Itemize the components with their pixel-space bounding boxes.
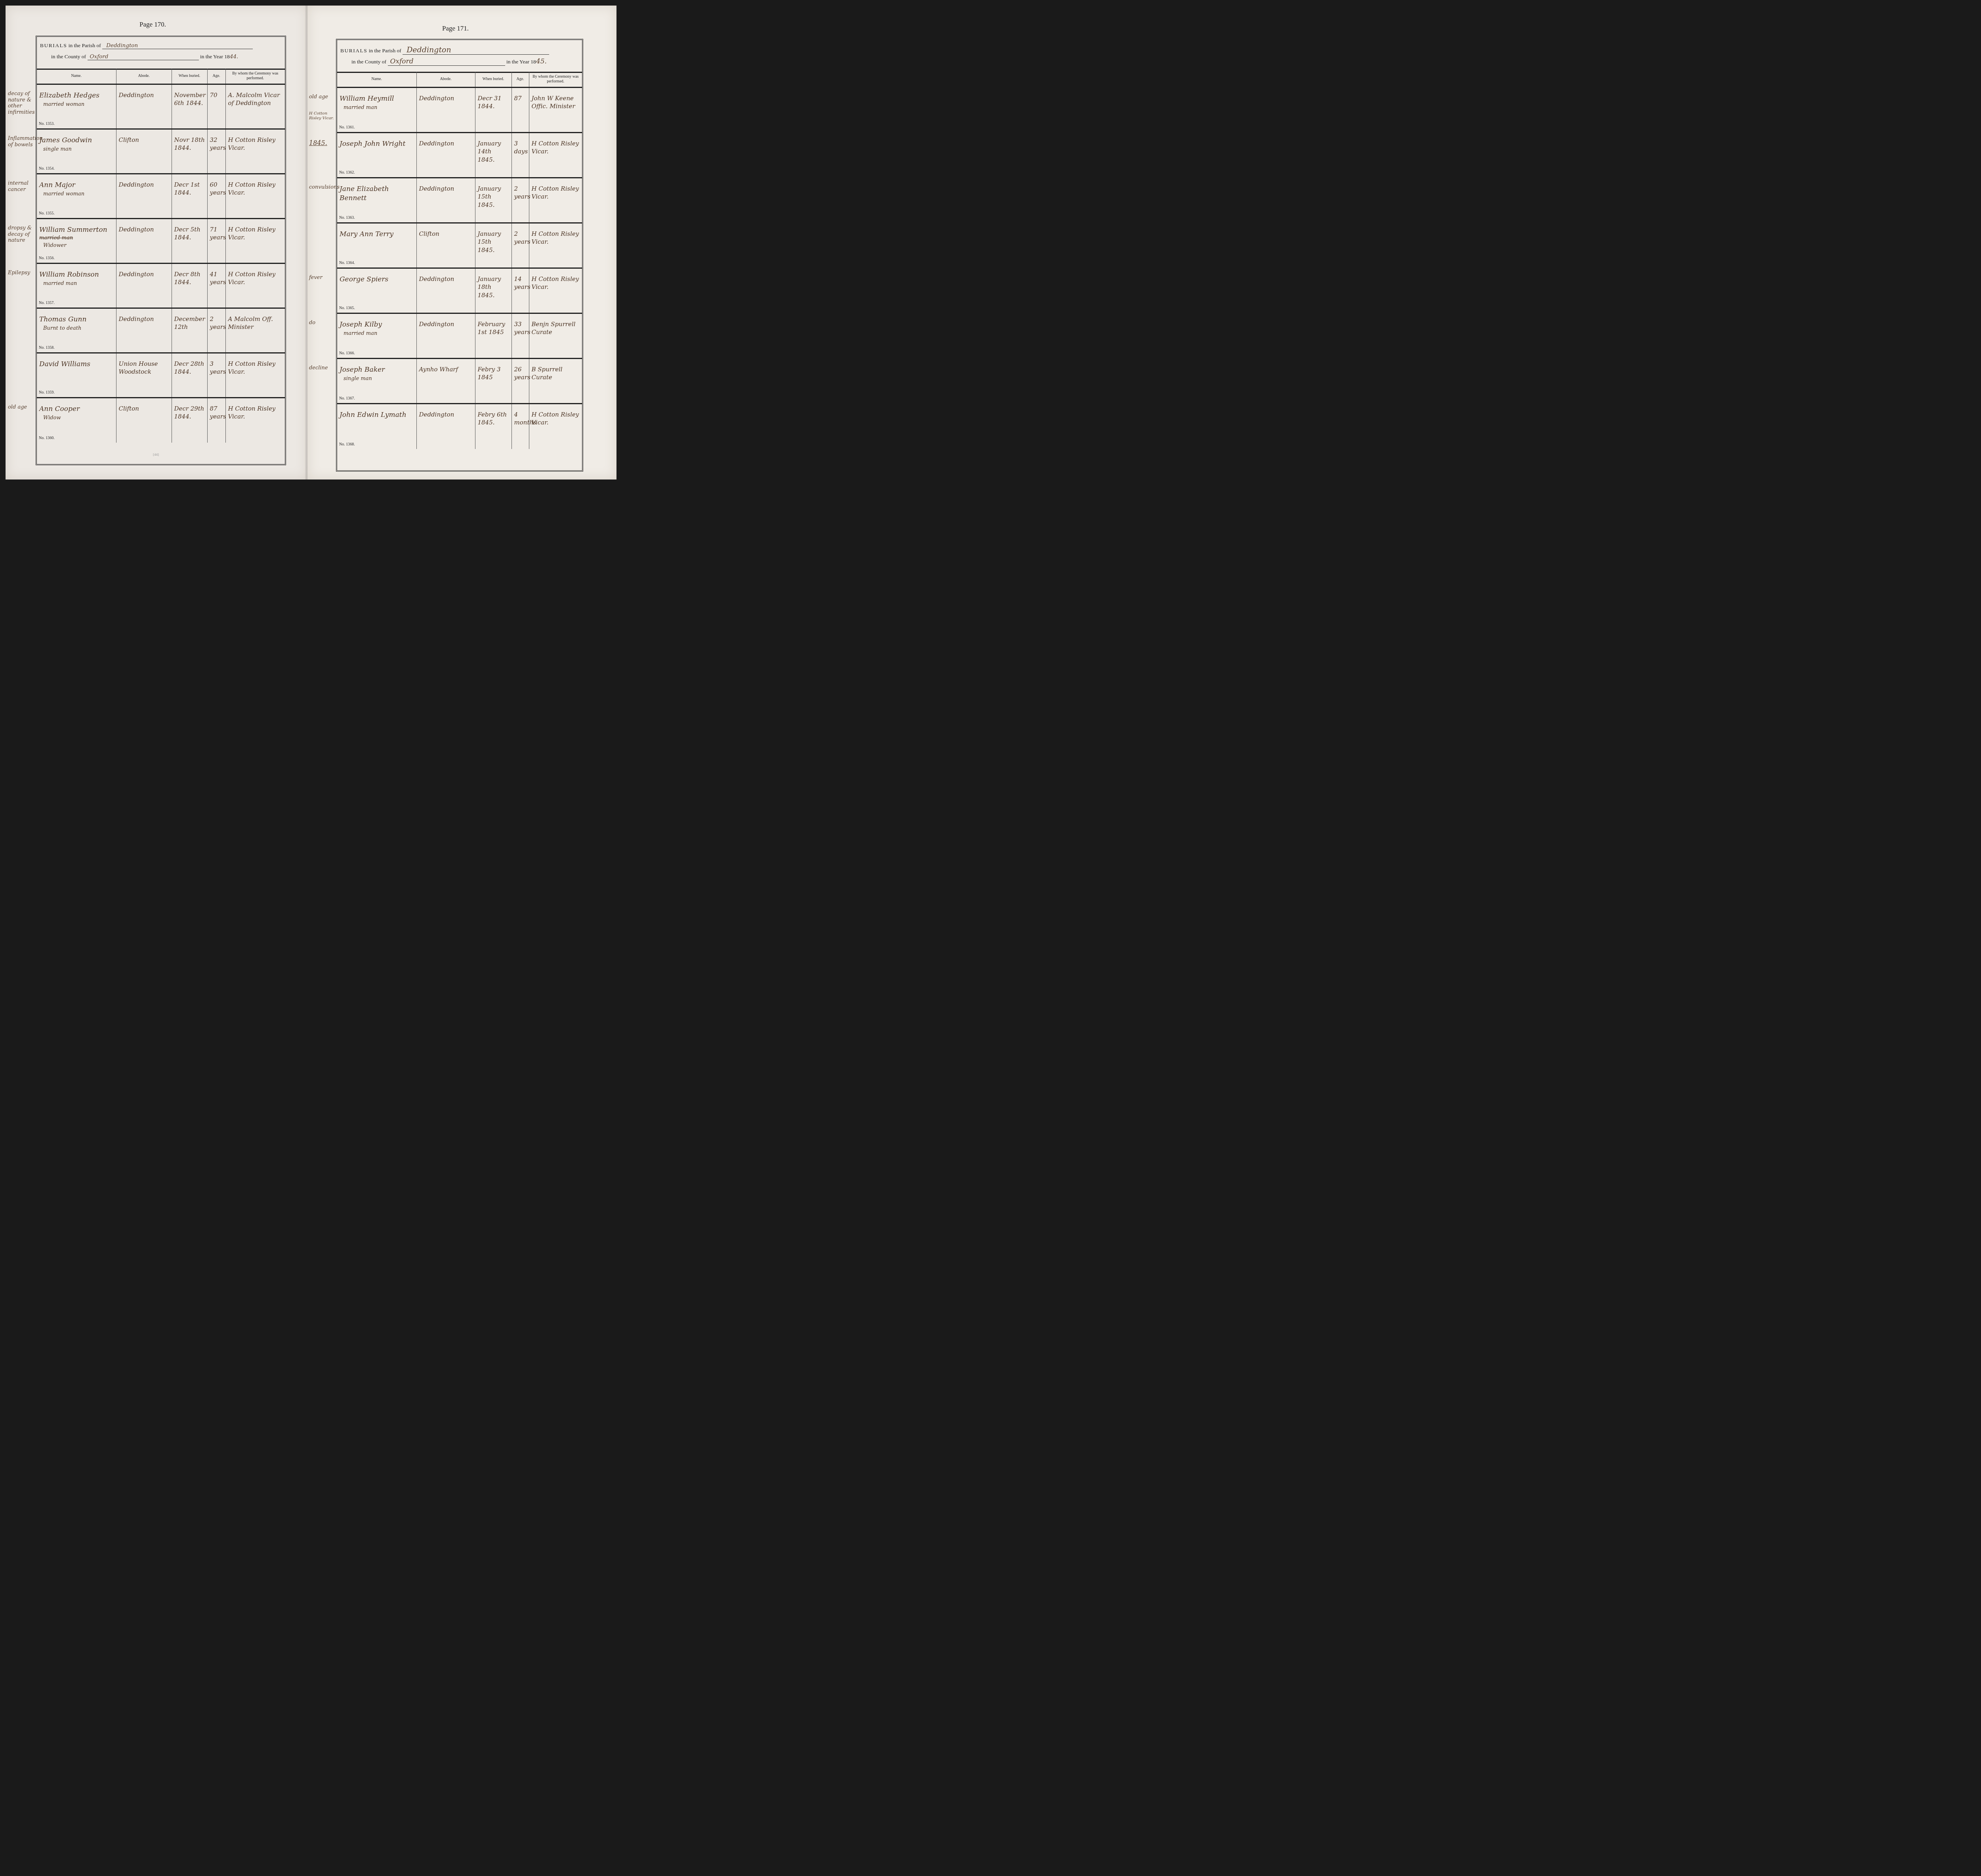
officiant-value: H Cotton Risley Vicar. — [226, 353, 285, 376]
officiant-value: H Cotton Risley Vicar. — [226, 264, 285, 287]
register-frame: BURIALS in the Parish of Deddington in t… — [36, 36, 286, 465]
age-cell: 41 years — [207, 264, 225, 308]
marital-status — [337, 284, 416, 285]
burial-date-value: January 14th 1845. — [475, 133, 511, 164]
deceased-name: John Edwin Lymath — [337, 404, 416, 420]
marital-status: married man — [37, 279, 116, 287]
age-value: 33 years — [512, 314, 529, 336]
marital-status: single man — [37, 145, 116, 153]
deceased-name: Ann Cooper — [37, 398, 116, 414]
marital-status — [337, 149, 416, 149]
burials-table: Name. Abode. When buried. Age. By whom t… — [37, 69, 285, 443]
abode-value: Deddington — [116, 174, 172, 189]
name-cell: Ann Majormarried womanNo. 1355. — [37, 174, 116, 219]
column-header-officiant: By whom the Ceremony was performed. — [529, 72, 582, 88]
year-value: 45. — [536, 57, 547, 65]
name-cell: Ann CooperWidowNo. 1360. — [37, 398, 116, 443]
burial-date-value: December 12th — [172, 309, 207, 331]
age-cell: 2 years — [207, 308, 225, 353]
abode-cell: Deddington — [416, 178, 475, 223]
abode-value: Deddington — [417, 88, 475, 102]
age-value: 41 years — [208, 264, 225, 287]
officiant-value: H Cotton Risley Vicar. — [226, 174, 285, 197]
entry-number: No. 1361. — [339, 125, 355, 130]
name-cell: Jane Elizabeth BennettNo. 1363. — [337, 178, 416, 223]
county-value: Oxford — [388, 57, 505, 66]
abode-cell: Clifton — [116, 398, 172, 443]
margin-note-cause: decline — [309, 365, 334, 371]
margin-note-cause: old age — [8, 404, 33, 411]
abode-cell: Deddington — [416, 404, 475, 449]
abode-value: Deddington — [417, 404, 475, 418]
age-cell: 26 years — [511, 359, 529, 404]
entry-number: No. 1367. — [339, 396, 355, 401]
entry-number: No. 1362. — [339, 170, 355, 175]
officiant-cell: A. Malcolm Vicar of Deddington — [225, 84, 285, 129]
officiant-cell: H Cotton Risley Vicar. — [529, 223, 582, 268]
marital-status: married man — [337, 103, 416, 111]
burials-table: Name. Abode. When buried. Age. By whom t… — [337, 72, 582, 449]
burial-date-value: Decr 5th 1844. — [172, 219, 207, 242]
burial-date-value: Decr 1st 1844. — [172, 174, 207, 197]
officiant-cell: A Malcolm Off. Minister — [225, 308, 285, 353]
table-header-row: Name. Abode. When buried. Age. By whom t… — [37, 69, 285, 84]
name-cell: Joseph Bakersingle manNo. 1367. — [337, 359, 416, 404]
abode-value: Clifton — [417, 224, 475, 238]
abode-cell: Deddington — [116, 84, 172, 129]
burials-heading: BURIALS — [40, 42, 67, 48]
abode-value: Deddington — [417, 133, 475, 147]
burial-date-value: Decr 31 1844. — [475, 88, 511, 111]
table-row: Ann CooperWidowNo. 1360.CliftonDecr 29th… — [37, 398, 285, 443]
abode-value: Deddington — [116, 309, 172, 323]
marital-status: Widow — [37, 414, 116, 422]
officiant-value: H Cotton Risley Vicar. — [529, 224, 582, 246]
age-value: 32 years — [208, 130, 225, 152]
entry-number: No. 1356. — [39, 256, 55, 260]
parish-line: BURIALS in the Parish of Deddington — [40, 42, 253, 49]
page-number: Page 170. — [139, 21, 166, 29]
footer-mark: [44] — [153, 453, 159, 457]
name-cell: William Heymillmarried manNo. 1361. — [337, 88, 416, 133]
margin-note-signature: H Cotton Risley Vicar. — [309, 111, 334, 121]
name-cell: George SpiersNo. 1365. — [337, 268, 416, 313]
abode-value: Clifton — [116, 398, 172, 413]
marital-status — [337, 239, 416, 240]
column-header-abode: Abode. — [116, 69, 172, 84]
margin-note-cause: dropsy & decay of nature — [8, 225, 33, 244]
burial-date-value: January 18th 1845. — [475, 269, 511, 299]
age-value: 3 days — [512, 133, 529, 156]
abode-value: Deddington — [116, 85, 172, 99]
age-value: 87 years — [208, 398, 225, 421]
marital-status: single man — [337, 374, 416, 382]
deceased-name: William Summerton — [37, 219, 116, 235]
column-header-officiant: By whom the Ceremony was performed. — [225, 69, 285, 84]
name-cell: Joseph John WrightNo. 1362. — [337, 133, 416, 178]
officiant-cell: H Cotton Risley Vicar. — [225, 264, 285, 308]
abode-cell: Deddington — [116, 264, 172, 308]
name-cell: James Goodwinsingle manNo. 1354. — [37, 129, 116, 174]
table-row: John Edwin LymathNo. 1368.DeddingtonFebr… — [337, 404, 582, 449]
deceased-name: Joseph Kilby — [337, 314, 416, 329]
officiant-value: Benjn Spurrell Curate — [529, 314, 582, 336]
deceased-name: Joseph John Wright — [337, 133, 416, 149]
officiant-value: A Malcolm Off. Minister — [226, 309, 285, 331]
table-row: Joseph John WrightNo. 1362.DeddingtonJan… — [337, 133, 582, 178]
marital-status: married woman — [37, 100, 116, 108]
burial-date-cell: January 15th 1845. — [475, 223, 511, 268]
deceased-name: Ann Major — [37, 174, 116, 190]
abode-value: Deddington — [116, 264, 172, 278]
county-line: in the County of Oxford in the Year 1844… — [51, 53, 238, 60]
deceased-name: David Williams — [37, 353, 116, 369]
burial-date-cell: Decr 31 1844. — [475, 88, 511, 133]
name-cell: David WilliamsNo. 1359. — [37, 353, 116, 398]
abode-value: Clifton — [116, 130, 172, 144]
table-row: Ann Majormarried womanNo. 1355.Deddingto… — [37, 174, 285, 219]
table-row: William Heymillmarried manNo. 1361.Deddi… — [337, 88, 582, 133]
burial-date-value: Febry 3 1845 — [475, 359, 511, 382]
burial-date-cell: December 12th — [172, 308, 207, 353]
age-value: 2 years — [512, 224, 529, 246]
deceased-name: Joseph Baker — [337, 359, 416, 374]
deceased-name: Mary Ann Terry — [337, 224, 416, 239]
marital-status — [37, 369, 116, 370]
margin-note-cause: old age — [309, 94, 334, 100]
table-row: William Robinsonmarried manNo. 1357.Dedd… — [37, 264, 285, 308]
burial-date-cell: January 14th 1845. — [475, 133, 511, 178]
table-row: Joseph Bakersingle manNo. 1367.Aynho Wha… — [337, 359, 582, 404]
burial-date-value: Decr 8th 1844. — [172, 264, 207, 287]
county-value: Oxford — [88, 53, 199, 60]
age-value: 87 — [512, 88, 529, 102]
entry-number: No. 1354. — [39, 166, 55, 171]
burial-date-value: January 15th 1845. — [475, 224, 511, 254]
abode-cell: Deddington — [416, 88, 475, 133]
burial-date-cell: Novr 18th 1844. — [172, 129, 207, 174]
margin-note-cause: Inflammation of bowels — [8, 136, 33, 148]
age-cell: 87 — [511, 88, 529, 133]
age-cell: 2 years — [511, 223, 529, 268]
age-cell: 4 months — [511, 404, 529, 449]
burial-date-value: Febry 6th 1845. — [475, 404, 511, 427]
burial-date-cell: Decr 8th 1844. — [172, 264, 207, 308]
struck-status: married man — [37, 235, 116, 242]
abode-cell: Clifton — [416, 223, 475, 268]
county-label: in the County of — [351, 59, 386, 65]
marital-status: Burnt to death — [37, 324, 116, 332]
officiant-cell: H Cotton Risley Vicar. — [225, 353, 285, 398]
name-cell: William Robinsonmarried manNo. 1357. — [37, 264, 116, 308]
officiant-cell: H Cotton Risley Vicar. — [225, 129, 285, 174]
entry-number: No. 1366. — [339, 351, 355, 355]
name-cell: Elizabeth Hedgesmarried womanNo. 1353. — [37, 84, 116, 129]
year-value: 44. — [230, 53, 238, 60]
abode-cell: Deddington — [116, 174, 172, 219]
parish-value: Deddington — [102, 42, 253, 49]
age-value: 70 — [208, 85, 225, 99]
burial-date-cell: Decr 29th 1844. — [172, 398, 207, 443]
table-row: Thomas GunnBurnt to deathNo. 1358.Deddin… — [37, 308, 285, 353]
burial-date-value: February 1st 1845 — [475, 314, 511, 336]
deceased-name: Elizabeth Hedges — [37, 85, 116, 100]
margin-note-cause: decay of nature & other infirmities — [8, 91, 33, 115]
name-cell: Thomas GunnBurnt to deathNo. 1358. — [37, 308, 116, 353]
entry-number: No. 1364. — [339, 261, 355, 265]
age-value: 2 years — [208, 309, 225, 331]
marital-status: married woman — [37, 190, 116, 198]
age-value: 4 months — [512, 404, 529, 427]
table-row: Elizabeth Hedgesmarried womanNo. 1353.De… — [37, 84, 285, 129]
age-value: 71 years — [208, 219, 225, 242]
name-cell: John Edwin LymathNo. 1368. — [337, 404, 416, 449]
year-label: in the Year 18 — [200, 53, 230, 59]
margin-note-cause: internal cancer — [8, 180, 33, 193]
deceased-name: William Heymill — [337, 88, 416, 103]
deceased-name: James Goodwin — [37, 130, 116, 145]
margin-note-cause: convulsions — [309, 184, 334, 191]
abode-value: Aynho Wharf — [417, 359, 475, 373]
register-header: BURIALS in the Parish of Deddington in t… — [37, 37, 285, 70]
deceased-name: William Robinson — [37, 264, 116, 279]
officiant-value: B Spurrell Curate — [529, 359, 582, 382]
register-header: BURIALS in the Parish of Deddington in t… — [337, 40, 582, 73]
table-row: William Summertonmarried manWidowerNo. 1… — [37, 219, 285, 264]
marital-status: married man — [337, 329, 416, 337]
margin-note-cause: do — [309, 320, 334, 326]
table-row: Joseph Kilbymarried manNo. 1366.Deddingt… — [337, 313, 582, 359]
burial-date-cell: January 15th 1845. — [475, 178, 511, 223]
officiant-value: H Cotton Risley Vicar. — [529, 178, 582, 201]
entry-number: No. 1355. — [39, 211, 55, 216]
burial-date-cell: Decr 1st 1844. — [172, 174, 207, 219]
burial-date-cell: February 1st 1845 — [475, 313, 511, 359]
entry-number: No. 1365. — [339, 306, 355, 310]
age-cell: 70 — [207, 84, 225, 129]
age-cell: 71 years — [207, 219, 225, 264]
marital-status: Widower — [37, 241, 116, 249]
abode-cell: Deddington — [416, 313, 475, 359]
burial-date-value: January 15th 1845. — [475, 178, 511, 209]
officiant-value: H Cotton Risley Vicar. — [226, 130, 285, 152]
parish-line: BURIALS in the Parish of Deddington — [340, 46, 549, 55]
burial-date-cell: Febry 6th 1845. — [475, 404, 511, 449]
age-cell: 60 years — [207, 174, 225, 219]
marital-status — [337, 420, 416, 420]
age-cell: 3 days — [511, 133, 529, 178]
abode-value: Union House Woodstock — [116, 353, 172, 376]
burial-date-value: Decr 29th 1844. — [172, 398, 207, 421]
entry-number: No. 1353. — [39, 122, 55, 126]
entry-number: No. 1357. — [39, 301, 55, 305]
officiant-cell: H Cotton Risley Vicar. — [529, 133, 582, 178]
officiant-value: H Cotton Risley Vicar. — [226, 398, 285, 421]
register-frame: BURIALS in the Parish of Deddington in t… — [336, 39, 583, 472]
abode-value: Deddington — [417, 314, 475, 328]
officiant-value: A. Malcolm Vicar of Deddington — [226, 85, 285, 107]
age-value: 2 years — [512, 178, 529, 201]
officiant-cell: Benjn Spurrell Curate — [529, 313, 582, 359]
table-row: David WilliamsNo. 1359.Union House Woods… — [37, 353, 285, 398]
column-header-age: Age. — [511, 72, 529, 88]
officiant-cell: B Spurrell Curate — [529, 359, 582, 404]
abode-value: Deddington — [417, 269, 475, 283]
name-cell: Joseph Kilbymarried manNo. 1366. — [337, 313, 416, 359]
burial-date-cell: Decr 5th 1844. — [172, 219, 207, 264]
margin-note-cause: Epilepsy — [8, 270, 33, 276]
parish-label: in the Parish of — [369, 48, 401, 53]
abode-cell: Union House Woodstock — [116, 353, 172, 398]
column-header-abode: Abode. — [416, 72, 475, 88]
age-cell: 3 years — [207, 353, 225, 398]
age-value: 60 years — [208, 174, 225, 197]
entry-number: No. 1359. — [39, 390, 55, 395]
burial-date-cell: Febry 3 1845 — [475, 359, 511, 404]
county-line: in the County of Oxford in the Year 1845… — [351, 57, 547, 66]
column-header-name: Name. — [37, 69, 116, 84]
margin-note-cause: 1845. — [309, 139, 334, 147]
abode-value: Deddington — [417, 178, 475, 193]
deceased-name: George Spiers — [337, 269, 416, 284]
officiant-value: H Cotton Risley Vicar. — [529, 269, 582, 291]
burial-date-value: Decr 28th 1844. — [172, 353, 207, 376]
entry-number: No. 1360. — [39, 436, 55, 440]
abode-value: Deddington — [116, 219, 172, 233]
left-page: Page 170. BURIALS in the Parish of Deddi… — [6, 6, 307, 480]
table-row: James Goodwinsingle manNo. 1354.CliftonN… — [37, 129, 285, 174]
burial-date-cell: November 6th 1844. — [172, 84, 207, 129]
page-number: Page 171. — [442, 25, 469, 32]
officiant-value: H Cotton Risley Vicar. — [226, 219, 285, 242]
table-header-row: Name. Abode. When buried. Age. By whom t… — [337, 72, 582, 88]
table-row: Jane Elizabeth BennettNo. 1363.Deddingto… — [337, 178, 582, 223]
officiant-cell: H Cotton Risley Vicar. — [529, 178, 582, 223]
officiant-cell: H Cotton Risley Vicar. — [225, 174, 285, 219]
age-value: 26 years — [512, 359, 529, 382]
officiant-value: John W Keene Offic. Minister — [529, 88, 582, 111]
abode-cell: Deddington — [416, 268, 475, 313]
officiant-cell: H Cotton Risley Vicar. — [225, 398, 285, 443]
age-cell: 2 years — [511, 178, 529, 223]
age-cell: 87 years — [207, 398, 225, 443]
deceased-name: Thomas Gunn — [37, 309, 116, 324]
officiant-cell: H Cotton Risley Vicar. — [225, 219, 285, 264]
age-cell: 33 years — [511, 313, 529, 359]
age-value: 14 years — [512, 269, 529, 291]
burial-date-cell: Decr 28th 1844. — [172, 353, 207, 398]
deceased-name: Jane Elizabeth Bennett — [337, 178, 416, 203]
officiant-cell: H Cotton Risley Vicar. — [529, 268, 582, 313]
entry-number: No. 1368. — [339, 442, 355, 447]
column-header-age: Age. — [207, 69, 225, 84]
officiant-cell: H Cotton Risley Vicar. — [529, 404, 582, 449]
name-cell: William Summertonmarried manWidowerNo. 1… — [37, 219, 116, 264]
abode-cell: Deddington — [416, 133, 475, 178]
county-label: in the County of — [51, 53, 86, 59]
margin-note-cause: fever — [309, 275, 334, 281]
officiant-value: H Cotton Risley Vicar. — [529, 404, 582, 427]
parish-label: in the Parish of — [69, 42, 101, 48]
column-header-when-buried: When buried. — [172, 69, 207, 84]
parish-value: Deddington — [403, 46, 549, 55]
entry-number: No. 1358. — [39, 346, 55, 350]
age-cell: 14 years — [511, 268, 529, 313]
column-header-name: Name. — [337, 72, 416, 88]
abode-cell: Deddington — [116, 219, 172, 264]
entry-number: No. 1363. — [339, 216, 355, 220]
age-cell: 32 years — [207, 129, 225, 174]
officiant-cell: John W Keene Offic. Minister — [529, 88, 582, 133]
table-row: Mary Ann TerryNo. 1364.CliftonJanuary 15… — [337, 223, 582, 268]
year-label: in the Year 18 — [506, 59, 536, 65]
right-page: Page 171. BURIALS in the Parish of Deddi… — [307, 6, 616, 480]
abode-cell: Clifton — [116, 129, 172, 174]
burial-date-value: Novr 18th 1844. — [172, 130, 207, 152]
burial-date-cell: January 18th 1845. — [475, 268, 511, 313]
burial-date-value: November 6th 1844. — [172, 85, 207, 107]
marital-status — [337, 203, 416, 204]
burials-heading: BURIALS — [340, 48, 367, 53]
table-row: George SpiersNo. 1365.DeddingtonJanuary … — [337, 268, 582, 313]
officiant-value: H Cotton Risley Vicar. — [529, 133, 582, 156]
abode-cell: Deddington — [116, 308, 172, 353]
name-cell: Mary Ann TerryNo. 1364. — [337, 223, 416, 268]
column-header-when-buried: When buried. — [475, 72, 511, 88]
abode-cell: Aynho Wharf — [416, 359, 475, 404]
age-value: 3 years — [208, 353, 225, 376]
